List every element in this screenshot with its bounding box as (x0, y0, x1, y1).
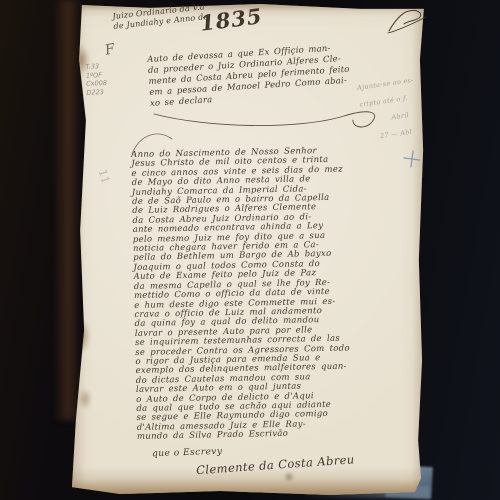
archival-pencil-code: T.331ºOFCx008D223 (85, 61, 126, 96)
blue-cross-mark (402, 149, 422, 169)
manuscript-line: mundo da Silva Prado Escrivão (137, 428, 367, 442)
scribe-closing: que o Escrevy (152, 447, 223, 459)
manuscript-photo: Juizo Ordinario da V.a de Jundiahy e Ann… (0, 0, 500, 500)
body-paragraph: Anno do Nascimento de Nosso SenhorJesus … (131, 146, 367, 442)
folio-rubric-flourish (386, 8, 428, 36)
archival-code-line: D223 (86, 87, 126, 97)
paragraph-end-flourish (150, 92, 386, 136)
folio-letter: F (103, 41, 116, 59)
margin-annotation: Ajunta-se ao es-cripto até o f.Abril27 —… (356, 69, 443, 147)
faint-pencil-scribble: 11 (96, 168, 113, 185)
